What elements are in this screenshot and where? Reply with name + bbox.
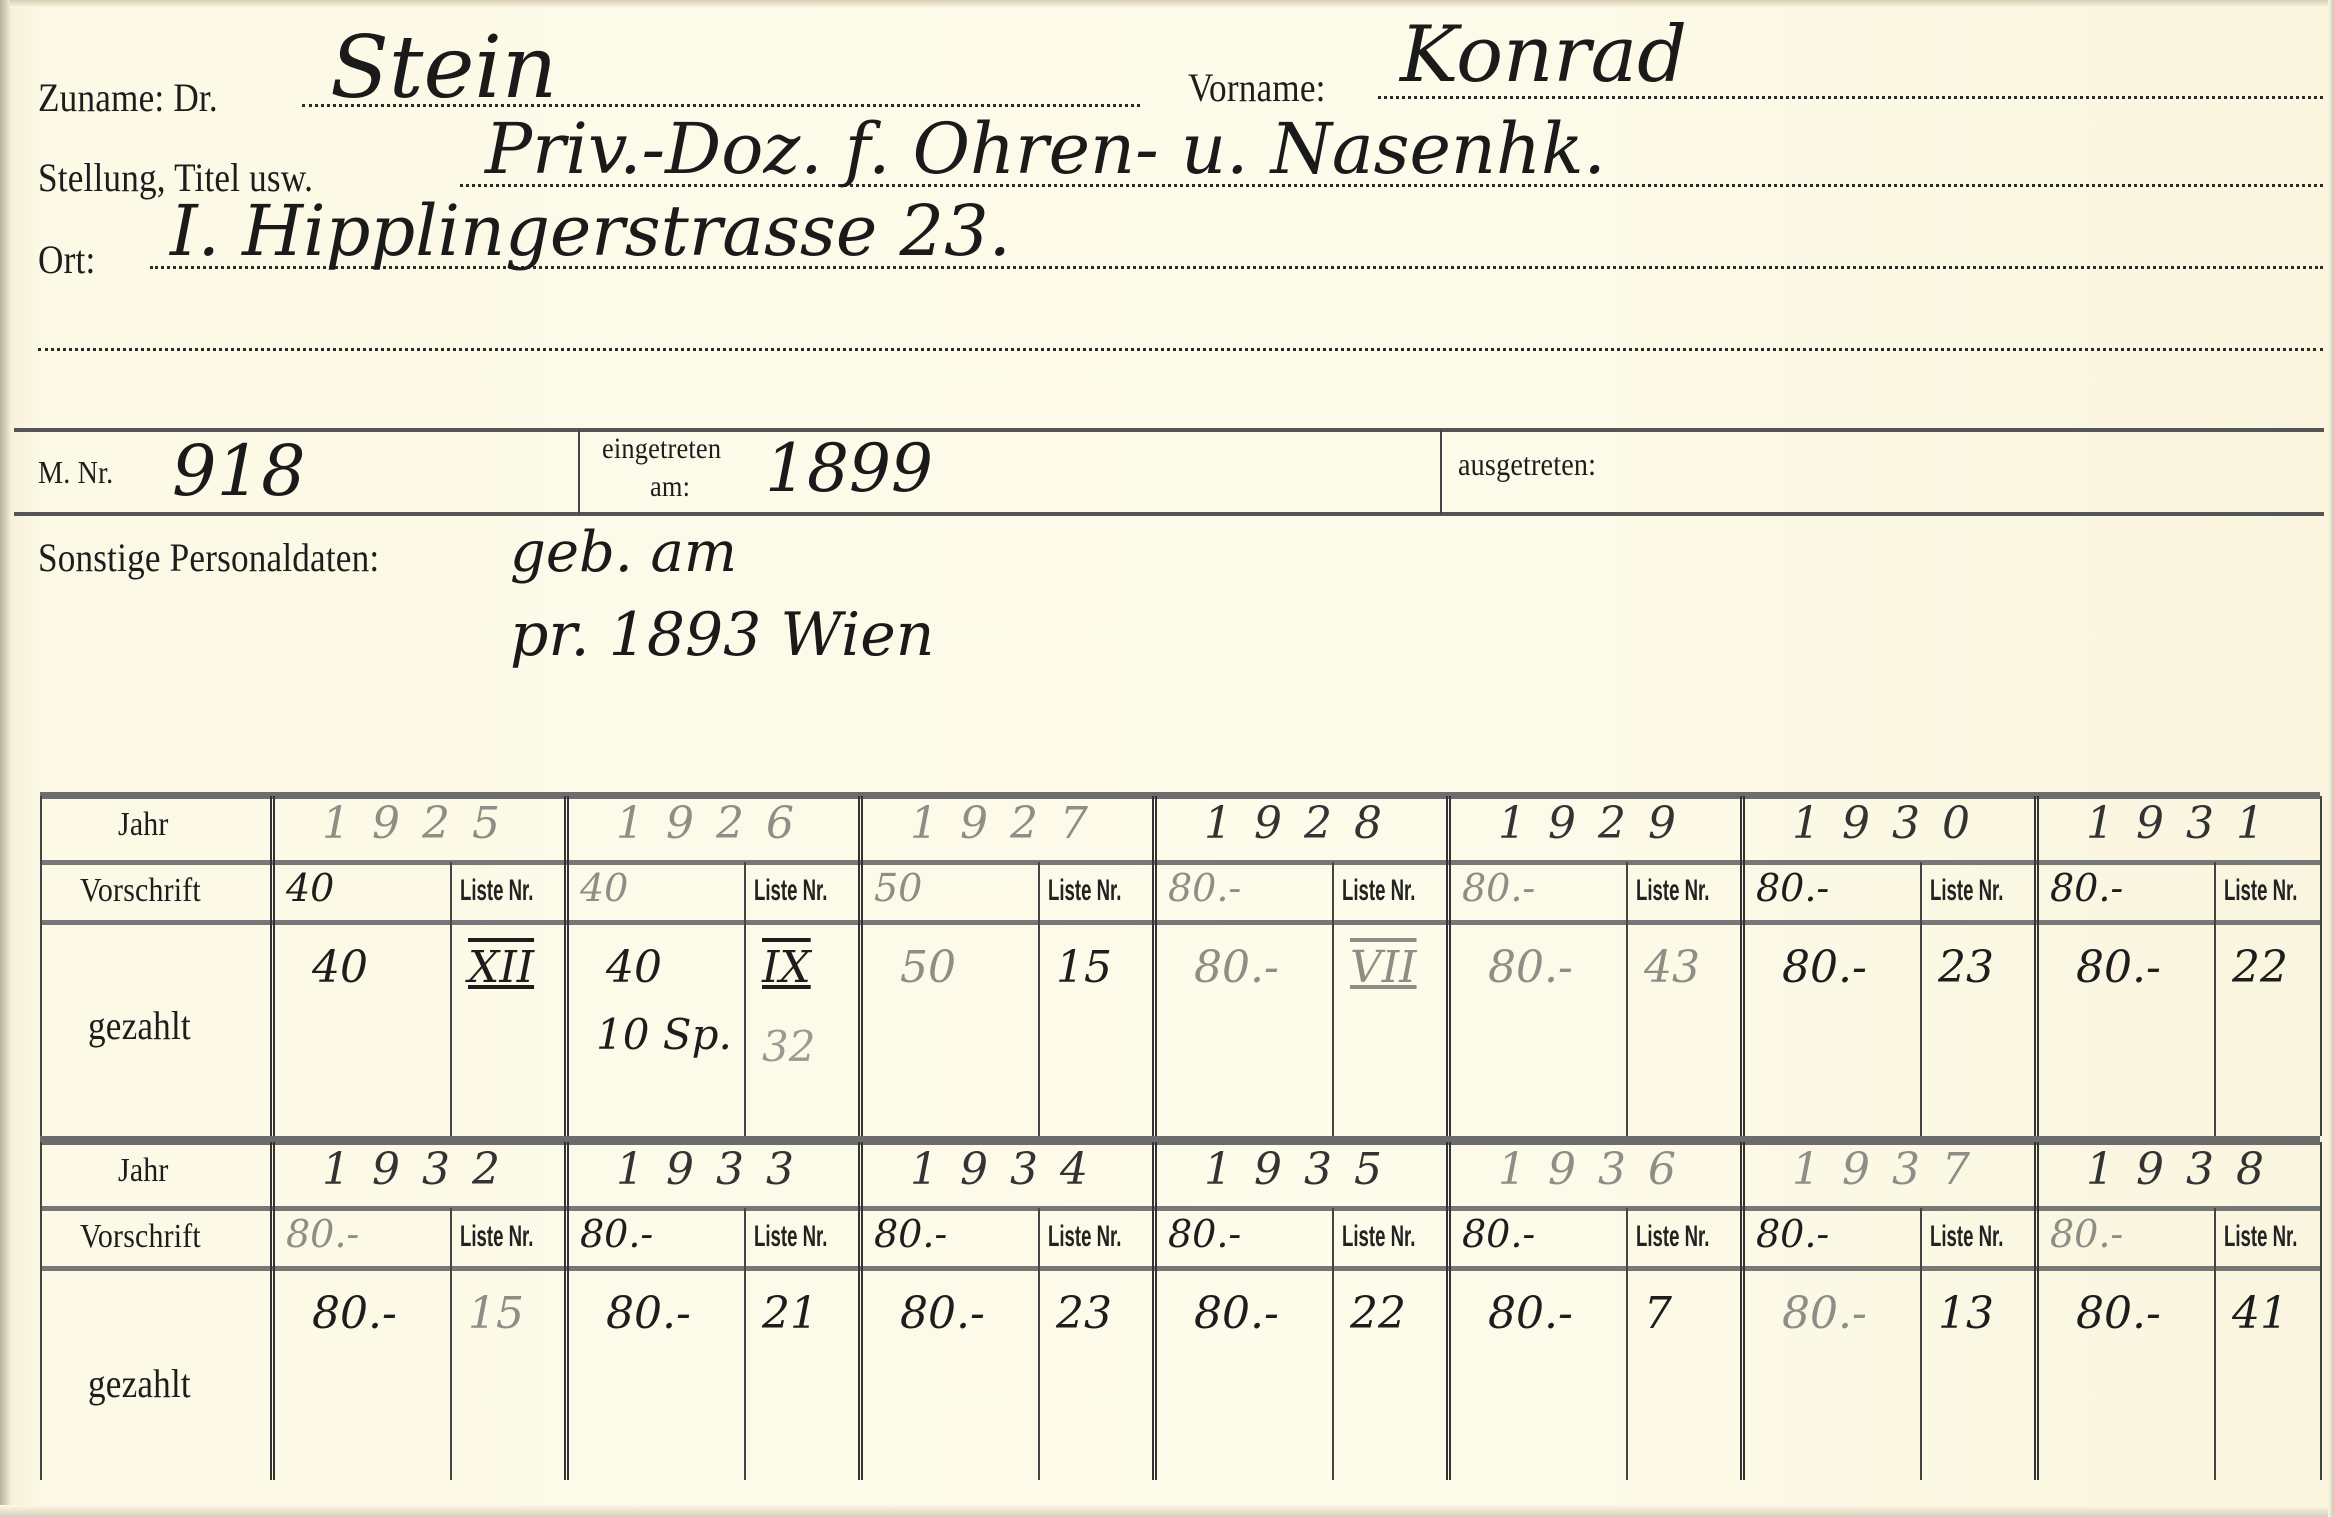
- table-1-sub-divider: [744, 862, 746, 1136]
- list-no-value: 13: [1938, 1288, 1994, 1339]
- list-no-header: Liste Nr.: [1342, 874, 1415, 908]
- table-2-col-divider: [2034, 1142, 2039, 1480]
- table-2-col-divider: [1740, 1142, 1745, 1480]
- table-2-col-divider: [270, 1142, 275, 1480]
- table-2-sub-divider: [2214, 1208, 2216, 1480]
- blank-line: [38, 348, 2323, 351]
- surname-label: Zuname: Dr.: [38, 74, 218, 121]
- left-label: ausgetreten:: [1458, 446, 1596, 483]
- list-no-header: Liste Nr.: [754, 874, 827, 908]
- table-2-year-rule: [40, 1206, 2320, 1211]
- list-no-header: Liste Nr.: [460, 874, 533, 908]
- table-2-year-label: Jahr: [118, 1152, 169, 1190]
- paid-extra-value: 10 Sp.: [596, 1010, 732, 1059]
- list-no-header: Liste Nr.: [1636, 1220, 1709, 1254]
- list-no-header: Liste Nr.: [1342, 1220, 1415, 1254]
- table-1-paid-label: gezahlt: [88, 1002, 191, 1049]
- list-no-value: 23: [1056, 1288, 1112, 1339]
- year-value: 1926: [616, 798, 816, 849]
- list-no-header: Liste Nr.: [460, 1220, 533, 1254]
- list-no-header: Liste Nr.: [1930, 1220, 2003, 1254]
- year-value: 1925: [322, 798, 522, 849]
- table-2-col-divider: [564, 1142, 569, 1480]
- prescribed-value: 80.-: [2050, 866, 2123, 910]
- year-value: 1929: [1498, 798, 1698, 849]
- table-2-sub-divider: [1332, 1208, 1334, 1480]
- table-1-prescribed-rule: [40, 920, 2320, 925]
- list-no-header: Liste Nr.: [1048, 1220, 1121, 1254]
- list-no-value: 15: [468, 1288, 524, 1339]
- list-no-value: 43: [1644, 942, 1700, 993]
- list-no-value: 22: [1350, 1288, 1406, 1339]
- personal-data-label: Sonstige Personaldaten:: [38, 534, 379, 581]
- position-value: Priv.-Doz. f. Ohren- u. Nasenhk.: [485, 108, 1606, 190]
- year-value: 1931: [2086, 798, 2286, 849]
- year-value: 1932: [322, 1144, 522, 1195]
- paid-value: 80.-: [1782, 942, 1867, 993]
- membership-divider-2: [1440, 430, 1442, 514]
- table-2-paid-label: gezahlt: [88, 1360, 191, 1407]
- paid-value: 80.-: [2076, 1288, 2161, 1339]
- table-2-col-divider: [1152, 1142, 1157, 1480]
- place-label: Ort:: [38, 236, 95, 283]
- prescribed-value: 80.-: [580, 1212, 653, 1256]
- table-2-sub-divider: [1626, 1208, 1628, 1480]
- card-edge-top: [0, 0, 2334, 8]
- year-value: 1928: [1204, 798, 1404, 849]
- list-no-extra-value: 32: [762, 1022, 815, 1071]
- paid-value: 80.-: [1488, 942, 1573, 993]
- table-1-sub-divider: [1332, 862, 1334, 1136]
- year-value: 1936: [1498, 1144, 1698, 1195]
- prescribed-value: 50: [874, 866, 922, 910]
- table-2-sub-divider: [1038, 1208, 1040, 1480]
- paid-value: 80.-: [1782, 1288, 1867, 1339]
- prescribed-value: 40: [580, 866, 628, 910]
- paid-value: 80.-: [1488, 1288, 1573, 1339]
- year-value: 1937: [1792, 1144, 1992, 1195]
- table-1-sub-divider: [450, 862, 452, 1136]
- paid-value: 80.-: [2076, 942, 2161, 993]
- table-1-col-divider: [2034, 796, 2039, 1136]
- table-1-sub-divider: [1038, 862, 1040, 1136]
- list-no-header: Liste Nr.: [754, 1220, 827, 1254]
- list-no-header: Liste Nr.: [1930, 874, 2003, 908]
- joined-label: eingetreten: [602, 432, 721, 466]
- prescribed-value: 80.-: [1462, 1212, 1535, 1256]
- table-1-left-border: [40, 796, 42, 1136]
- table-2-right-border: [2320, 1142, 2322, 1480]
- table-1-sub-divider: [2214, 862, 2216, 1136]
- paid-value: 80.-: [312, 1288, 397, 1339]
- year-value: 1930: [1792, 798, 1992, 849]
- personal-data-line2: pr. 1893 Wien: [510, 600, 934, 670]
- year-value: 1938: [2086, 1144, 2286, 1195]
- joined-value: 1899: [765, 430, 933, 507]
- card-edge-bottom: [0, 1505, 2334, 1517]
- member-number-value: 918: [172, 430, 306, 512]
- list-no-value: 21: [762, 1288, 818, 1339]
- table-1-col-divider: [1740, 796, 1745, 1136]
- firstname-label: Vorname:: [1188, 64, 1326, 111]
- table-1-col-divider: [564, 796, 569, 1136]
- paid-value: 80.-: [1194, 1288, 1279, 1339]
- table-1-col-divider: [1446, 796, 1451, 1136]
- list-no-header: Liste Nr.: [2224, 1220, 2297, 1254]
- list-no-value: 15: [1056, 942, 1112, 993]
- table-1-year-rule: [40, 860, 2320, 865]
- membership-bottom-rule: [14, 512, 2324, 516]
- table-1-sub-divider: [1920, 862, 1922, 1136]
- list-no-value: 23: [1938, 942, 1994, 993]
- table-1-col-divider: [270, 796, 275, 1136]
- card-edge-right: [2328, 0, 2334, 1517]
- prescribed-value: 80.-: [874, 1212, 947, 1256]
- table-1-col-divider: [1152, 796, 1157, 1136]
- list-no-value: 41: [2232, 1288, 2288, 1339]
- list-no-header: Liste Nr.: [1048, 874, 1121, 908]
- table-1-right-border: [2320, 796, 2322, 1136]
- paid-value: 40: [312, 942, 368, 993]
- paid-value: 50: [900, 942, 956, 993]
- table-2-sub-divider: [1920, 1208, 1922, 1480]
- year-value: 1933: [616, 1144, 816, 1195]
- table-2-prescribed-rule: [40, 1266, 2320, 1271]
- firstname-value: Konrad: [1400, 10, 1687, 100]
- table-2-sub-divider: [744, 1208, 746, 1480]
- personal-data-line1: geb. am: [510, 520, 737, 585]
- paid-value: 40: [606, 942, 662, 993]
- membership-top-rule: [14, 428, 2324, 432]
- prescribed-value: 80.-: [1756, 866, 1829, 910]
- table-2-col-divider: [858, 1142, 863, 1480]
- joined-label-am: am:: [650, 470, 690, 504]
- table-1-col-divider: [858, 796, 863, 1136]
- prescribed-value: 80.-: [1168, 1212, 1241, 1256]
- prescribed-value: 80.-: [1168, 866, 1241, 910]
- list-no-value: IX: [762, 942, 811, 993]
- list-no-value: 7: [1644, 1288, 1672, 1339]
- member-number-label: M. Nr.: [38, 454, 113, 491]
- surname-value: Stein: [330, 18, 557, 118]
- index-card: Zuname: Dr. Stein Vorname: Konrad Stellu…: [0, 0, 2334, 1517]
- year-value: 1934: [910, 1144, 1110, 1195]
- prescribed-value: 80.-: [286, 1212, 359, 1256]
- prescribed-value: 80.-: [1756, 1212, 1829, 1256]
- card-edge-left: [0, 0, 10, 1517]
- year-value: 1927: [910, 798, 1110, 849]
- list-no-value: 22: [2232, 942, 2288, 993]
- table-1-prescribed-label: Vorschrift: [80, 872, 201, 910]
- paid-value: 80.-: [900, 1288, 985, 1339]
- table-1-year-label: Jahr: [118, 806, 169, 844]
- table-2-prescribed-label: Vorschrift: [80, 1218, 201, 1256]
- prescribed-value: 80.-: [2050, 1212, 2123, 1256]
- paid-value: 80.-: [1194, 942, 1279, 993]
- list-no-value: VII: [1350, 942, 1417, 993]
- list-no-value: XII: [468, 942, 534, 993]
- table-2-sub-divider: [450, 1208, 452, 1480]
- paid-value: 80.-: [606, 1288, 691, 1339]
- list-no-header: Liste Nr.: [1636, 874, 1709, 908]
- prescribed-value: 40: [286, 866, 334, 910]
- table-2-left-border: [40, 1142, 42, 1480]
- place-value: I. Hipplingerstrasse 23.: [170, 190, 1011, 272]
- year-value: 1935: [1204, 1144, 1404, 1195]
- table-1-sub-divider: [1626, 862, 1628, 1136]
- list-no-header: Liste Nr.: [2224, 874, 2297, 908]
- membership-divider-1: [578, 430, 580, 514]
- prescribed-value: 80.-: [1462, 866, 1535, 910]
- table-2-col-divider: [1446, 1142, 1451, 1480]
